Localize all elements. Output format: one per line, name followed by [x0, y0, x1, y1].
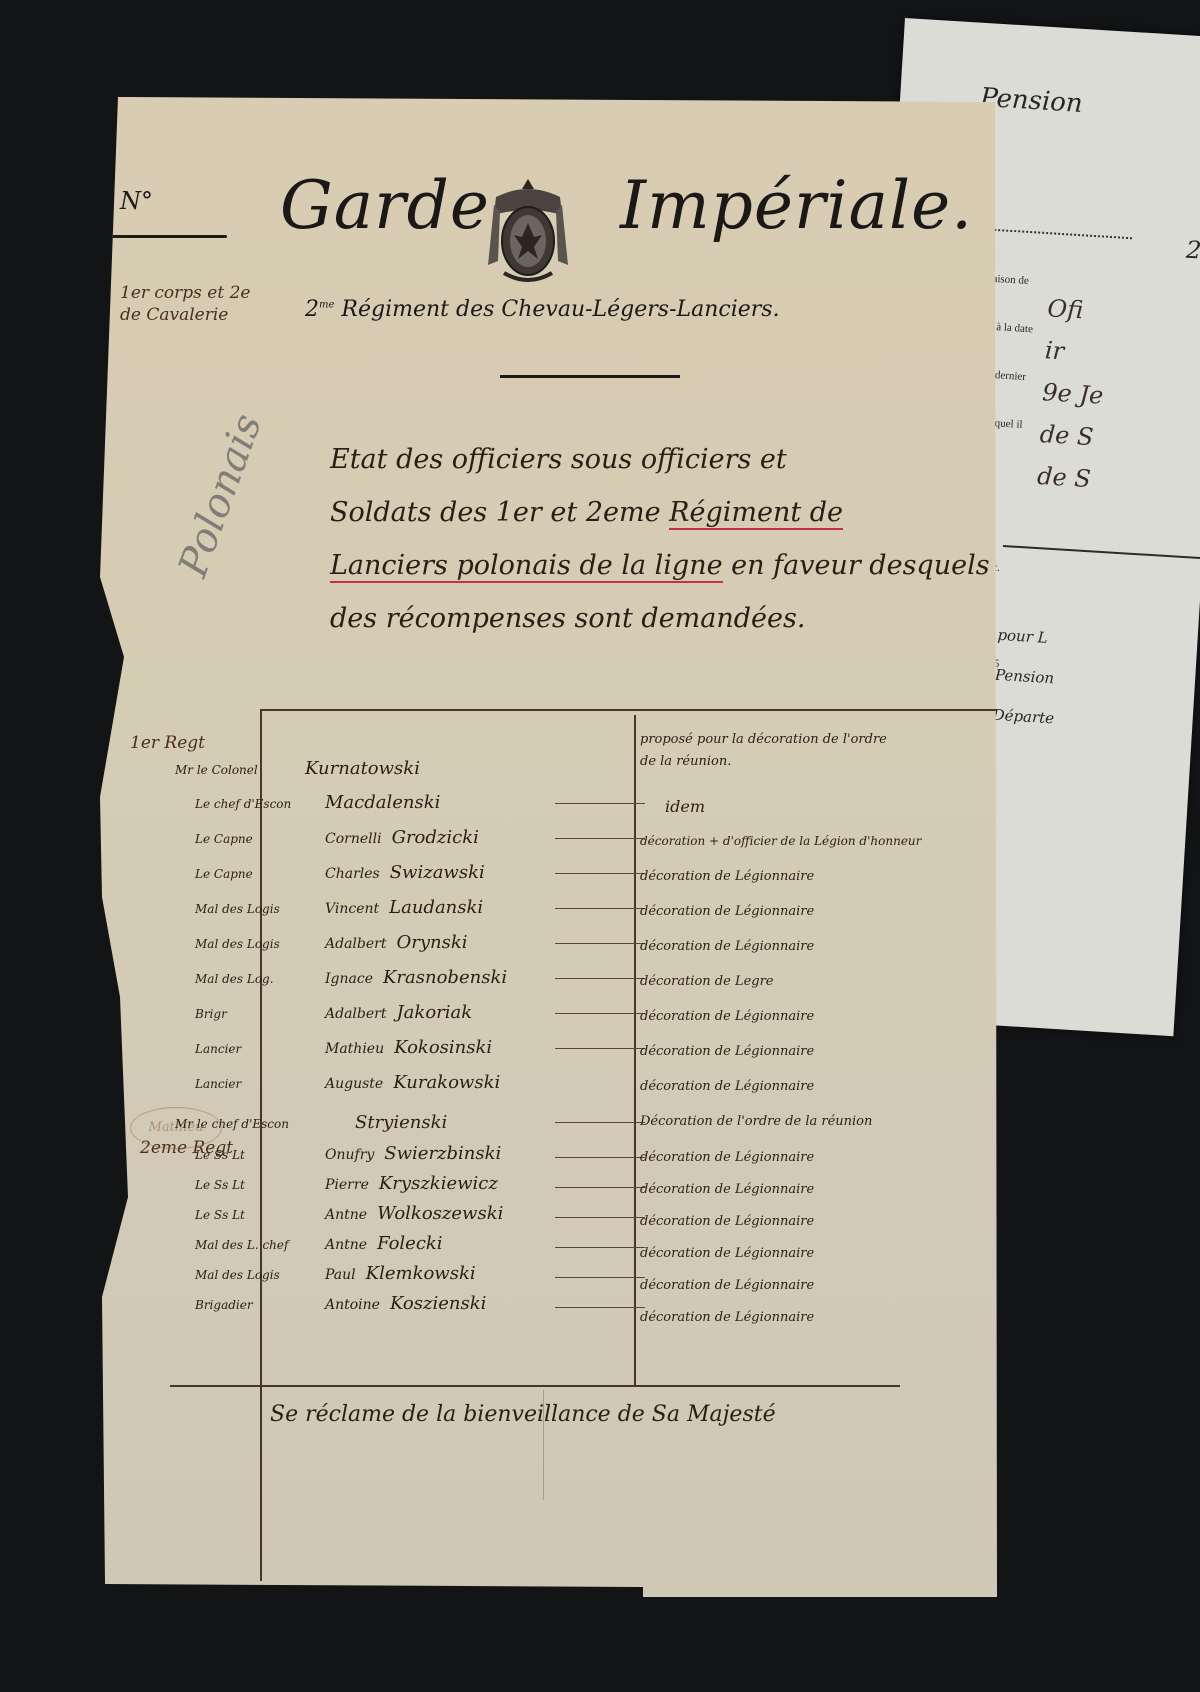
table-row: Le Ss LtPierreKryszkiewicz — [175, 1169, 645, 1199]
table-row: Le chef d'EsconMacdalenski — [175, 785, 645, 820]
number-label: N° — [120, 187, 153, 215]
decoration-entry: décoration de Légionnaire — [640, 929, 890, 964]
table-row: LancierAugusteKurakowski — [175, 1065, 645, 1100]
decoration-entry: décoration de Légionnaire — [640, 1034, 890, 1069]
decoration-entry: décoration de Légionnaire — [640, 859, 890, 894]
table-row: Le Ss LtOnufrySwierzbinski — [175, 1139, 645, 1169]
table-row: BrigrAdalbertJakoriak — [175, 995, 645, 1030]
decoration-entry: décoration de Légionnaire — [640, 1206, 890, 1238]
closing-statement: Se réclame de la bienveillance de Sa Maj… — [270, 1402, 776, 1427]
table-row: Le Ss LtAntneWolkoszewski — [175, 1199, 645, 1229]
paper-fold — [543, 1390, 544, 1500]
divider-rule — [1003, 545, 1200, 559]
decorations-column: proposé pour la décoration de l'ordre de… — [640, 725, 890, 1334]
decoration-entry: idem — [640, 789, 890, 824]
number-rule — [112, 235, 227, 238]
table-row: Mal des LogisAdalbertOrynski — [175, 925, 645, 960]
decoration-entry: décoration de Légionnaire — [640, 999, 890, 1034]
title-garde: Garde — [280, 167, 490, 244]
dotted-rule — [982, 228, 1132, 239]
table-row: Le CapneCornelliGrodzicki — [175, 820, 645, 855]
decoration-entry: décoration de Légionnaire — [640, 1270, 890, 1302]
table-row: Le CapneCharlesSwizawski — [175, 855, 645, 890]
pencil-annotation: Polonais — [170, 408, 271, 583]
decoration-entry: décoration de Légionnaire — [640, 1174, 890, 1206]
heading-rule — [500, 375, 680, 378]
imperial-crest-icon — [482, 175, 574, 289]
table-row: BrigadierAntoineKoszienski — [175, 1289, 645, 1319]
corps-note: 1er corps et 2e de Cavalerie — [120, 282, 250, 326]
decoration-entry: proposé pour la décoration de l'ordre de… — [640, 725, 890, 789]
table-row: Mr le ColonelKurnatowski — [175, 750, 645, 785]
table-row: LancierMathieuKokosinski — [175, 1030, 645, 1065]
table-row: Mal des Log.IgnaceKrasnobenski — [175, 960, 645, 995]
decoration-entry: décoration + d'officier de la Légion d'h… — [640, 824, 890, 859]
decoration-entry: décoration de Légionnaire — [640, 1069, 890, 1104]
title-imperiale: Impériale. — [620, 167, 973, 244]
decoration-entry: décoration de Légionnaire — [640, 1238, 890, 1270]
lower-fragments: pour L Pension Départe — [991, 615, 1060, 739]
table-row: Mr le chef d'EsconStryienski — [175, 1104, 645, 1139]
handwritten-fragments: Ofi ir 9e Je de S de S — [1036, 287, 1110, 500]
corner-mark: 2 — [1185, 236, 1200, 265]
document-heading-text: Etat des officiers sous officiers et Sol… — [330, 433, 1010, 645]
decoration-entry: décoration de Légionnaire — [640, 1142, 890, 1174]
table-row: Mal des LogisVincentLaudanski — [175, 890, 645, 925]
table-row: Mal des LogisPaulKlemkowski — [175, 1259, 645, 1289]
table-bottom-rule — [170, 1385, 900, 1387]
names-column: Mr le ColonelKurnatowski Le chef d'Escon… — [175, 750, 645, 1319]
table-row: Mal des L. chefAntneFolecki — [175, 1229, 645, 1259]
decoration-entry: Décoration de l'ordre de la réunion — [640, 1104, 890, 1142]
decoration-entry: décoration de Legre — [640, 964, 890, 999]
decoration-entry: décoration de Légionnaire — [640, 894, 890, 929]
regiment-heading: 2me Régiment des Chevau-Légers-Lanciers. — [305, 297, 780, 322]
decoration-entry: décoration de Légionnaire — [640, 1302, 890, 1334]
